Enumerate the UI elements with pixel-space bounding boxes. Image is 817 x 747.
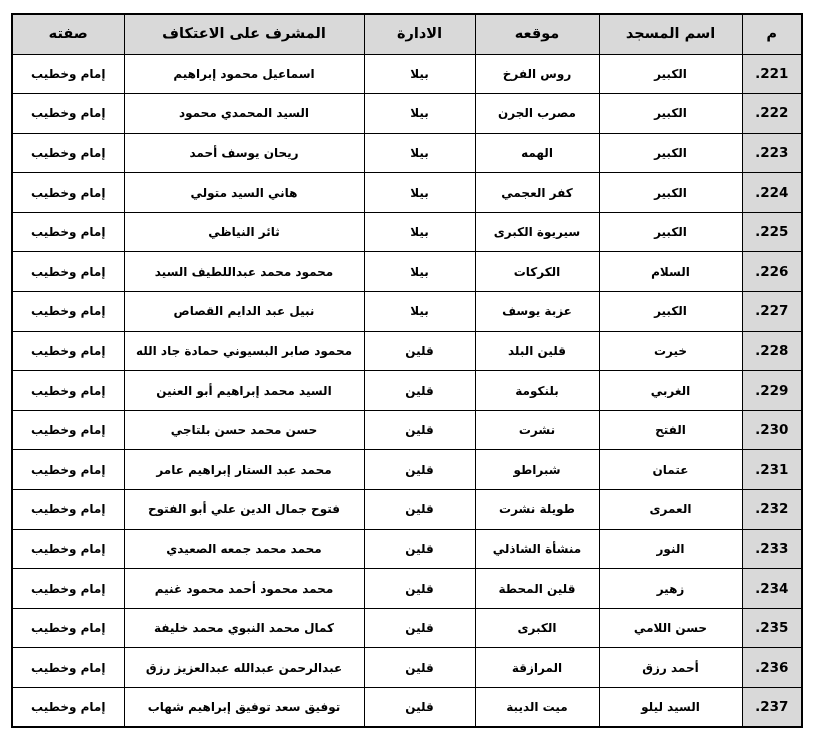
- row-number-cell: 225.: [742, 212, 802, 252]
- administration-cell: قلين: [364, 608, 475, 648]
- administration-cell: بيلا: [364, 94, 475, 134]
- supervisor-cell: فتوح جمال الدين علي أبو الفتوح: [124, 490, 364, 530]
- mosque-name-cell: أحمد رزق: [599, 648, 742, 688]
- header-title: صفته: [12, 14, 124, 54]
- administration-cell: قلين: [364, 410, 475, 450]
- location-cell: المرازقة: [475, 648, 599, 688]
- location-cell: طويلة نشرت: [475, 490, 599, 530]
- mosque-name-cell: حسن اللامي: [599, 608, 742, 648]
- supervisor-cell: محمد محمود أحمد محمود غنيم: [124, 569, 364, 609]
- mosque-name-cell: الكبير: [599, 94, 742, 134]
- table-row: 226. السلام الكركات بيلا محمود محمد عبدا…: [12, 252, 802, 292]
- mosque-name-cell: الكبير: [599, 173, 742, 213]
- supervisor-cell: السيد المحمدي محمود: [124, 94, 364, 134]
- administration-cell: بيلا: [364, 54, 475, 94]
- mosque-supervisors-table: م اسم المسجد موقعه الادارة المشرف على ال…: [11, 13, 803, 728]
- mosque-name-cell: الكبير: [599, 54, 742, 94]
- mosque-name-cell: السيد ليلو: [599, 688, 742, 728]
- location-cell: بلنكومة: [475, 371, 599, 411]
- row-number-cell: 236.: [742, 648, 802, 688]
- administration-cell: بيلا: [364, 212, 475, 252]
- mosque-name-cell: خيرت: [599, 331, 742, 371]
- mosque-name-cell: السلام: [599, 252, 742, 292]
- table-row: 237. السيد ليلو ميت الديبة قلين توفيق سع…: [12, 688, 802, 728]
- location-cell: منشأة الشاذلي: [475, 529, 599, 569]
- location-cell: سيريوة الكبرى: [475, 212, 599, 252]
- supervisor-cell: هاني السيد متولي: [124, 173, 364, 213]
- table-row: 234. زهير قلين المحطة قلين محمد محمود أح…: [12, 569, 802, 609]
- mosque-name-cell: العمرى: [599, 490, 742, 530]
- table-row: 223. الكبير الهمه بيلا ريحان يوسف أحمد إ…: [12, 133, 802, 173]
- header-itikaf-supervisor: المشرف على الاعتكاف: [124, 14, 364, 54]
- row-number-cell: 221.: [742, 54, 802, 94]
- table-row: 225. الكبير سيريوة الكبرى بيلا ثائر الني…: [12, 212, 802, 252]
- supervisor-cell: عبدالرحمن عبدالله عبدالعزيز رزق: [124, 648, 364, 688]
- title-cell: إمام وخطيب: [12, 490, 124, 530]
- supervisor-cell: توفيق سعد توفيق إبراهيم شهاب: [124, 688, 364, 728]
- header-mosque-name: اسم المسجد: [599, 14, 742, 54]
- supervisor-cell: ريحان يوسف أحمد: [124, 133, 364, 173]
- supervisor-cell: محمود صابر البسيوني حمادة جاد الله: [124, 331, 364, 371]
- title-cell: إمام وخطيب: [12, 371, 124, 411]
- row-number-cell: 234.: [742, 569, 802, 609]
- mosque-name-cell: الغربي: [599, 371, 742, 411]
- title-cell: إمام وخطيب: [12, 608, 124, 648]
- administration-cell: قلين: [364, 331, 475, 371]
- supervisor-cell: حسن محمد حسن بلتاجي: [124, 410, 364, 450]
- administration-cell: بيلا: [364, 292, 475, 332]
- title-cell: إمام وخطيب: [12, 54, 124, 94]
- table-row: 230. الفتح نشرت قلين حسن محمد حسن بلتاجي…: [12, 410, 802, 450]
- location-cell: روس الفرخ: [475, 54, 599, 94]
- row-number-cell: 232.: [742, 490, 802, 530]
- row-number-cell: 224.: [742, 173, 802, 213]
- supervisor-cell: اسماعيل محمود إبراهيم: [124, 54, 364, 94]
- location-cell: كفر العجمي: [475, 173, 599, 213]
- header-number: م: [742, 14, 802, 54]
- table-row: 232. العمرى طويلة نشرت قلين فتوح جمال ال…: [12, 490, 802, 530]
- table-row: 231. عتمان شبراطو قلين محمد عبد الستار إ…: [12, 450, 802, 490]
- location-cell: مصرب الجرن: [475, 94, 599, 134]
- supervisor-cell: محمد عبد الستار إبراهيم عامر: [124, 450, 364, 490]
- table-header-row: م اسم المسجد موقعه الادارة المشرف على ال…: [12, 14, 802, 54]
- mosque-name-cell: الكبير: [599, 292, 742, 332]
- header-administration: الادارة: [364, 14, 475, 54]
- title-cell: إمام وخطيب: [12, 331, 124, 371]
- row-number-cell: 226.: [742, 252, 802, 292]
- title-cell: إمام وخطيب: [12, 292, 124, 332]
- header-location: موقعه: [475, 14, 599, 54]
- title-cell: إمام وخطيب: [12, 212, 124, 252]
- title-cell: إمام وخطيب: [12, 648, 124, 688]
- row-number-cell: 237.: [742, 688, 802, 728]
- title-cell: إمام وخطيب: [12, 529, 124, 569]
- location-cell: الكبرى: [475, 608, 599, 648]
- administration-cell: بيلا: [364, 173, 475, 213]
- row-number-cell: 229.: [742, 371, 802, 411]
- location-cell: قلين المحطة: [475, 569, 599, 609]
- title-cell: إمام وخطيب: [12, 450, 124, 490]
- row-number-cell: 228.: [742, 331, 802, 371]
- title-cell: إمام وخطيب: [12, 569, 124, 609]
- mosque-name-cell: النور: [599, 529, 742, 569]
- table-row: 228. خيرت قلين البلد قلين محمود صابر الب…: [12, 331, 802, 371]
- table-row: 221. الكبير روس الفرخ بيلا اسماعيل محمود…: [12, 54, 802, 94]
- supervisor-cell: ثائر النياظي: [124, 212, 364, 252]
- table-row: 227. الكبير عزبة يوسف بيلا نبيل عبد الدا…: [12, 292, 802, 332]
- table-row: 229. الغربي بلنكومة قلين السيد محمد إبرا…: [12, 371, 802, 411]
- location-cell: عزبة يوسف: [475, 292, 599, 332]
- row-number-cell: 223.: [742, 133, 802, 173]
- administration-cell: بيلا: [364, 133, 475, 173]
- administration-cell: قلين: [364, 648, 475, 688]
- row-number-cell: 235.: [742, 608, 802, 648]
- mosque-name-cell: الكبير: [599, 133, 742, 173]
- row-number-cell: 227.: [742, 292, 802, 332]
- administration-cell: قلين: [364, 371, 475, 411]
- title-cell: إمام وخطيب: [12, 688, 124, 728]
- administration-cell: قلين: [364, 490, 475, 530]
- supervisor-cell: محمد محمد جمعه الصعيدي: [124, 529, 364, 569]
- administration-cell: قلين: [364, 688, 475, 728]
- supervisor-cell: محمود محمد عبداللطيف السيد: [124, 252, 364, 292]
- administration-cell: قلين: [364, 569, 475, 609]
- table-body: 221. الكبير روس الفرخ بيلا اسماعيل محمود…: [12, 54, 802, 727]
- location-cell: ميت الديبة: [475, 688, 599, 728]
- mosque-name-cell: عتمان: [599, 450, 742, 490]
- location-cell: شبراطو: [475, 450, 599, 490]
- title-cell: إمام وخطيب: [12, 173, 124, 213]
- supervisor-cell: السيد محمد إبراهيم أبو العنين: [124, 371, 364, 411]
- mosque-name-cell: زهير: [599, 569, 742, 609]
- supervisor-cell: نبيل عبد الدايم القصاص: [124, 292, 364, 332]
- table-row: 235. حسن اللامي الكبرى قلين كمال محمد ال…: [12, 608, 802, 648]
- administration-cell: بيلا: [364, 252, 475, 292]
- title-cell: إمام وخطيب: [12, 410, 124, 450]
- row-number-cell: 230.: [742, 410, 802, 450]
- row-number-cell: 231.: [742, 450, 802, 490]
- administration-cell: قلين: [364, 450, 475, 490]
- title-cell: إمام وخطيب: [12, 133, 124, 173]
- title-cell: إمام وخطيب: [12, 94, 124, 134]
- location-cell: قلين البلد: [475, 331, 599, 371]
- table-row: 224. الكبير كفر العجمي بيلا هاني السيد م…: [12, 173, 802, 213]
- administration-cell: قلين: [364, 529, 475, 569]
- supervisor-cell: كمال محمد النبوي محمد خليفة: [124, 608, 364, 648]
- location-cell: الكركات: [475, 252, 599, 292]
- mosque-name-cell: الفتح: [599, 410, 742, 450]
- title-cell: إمام وخطيب: [12, 252, 124, 292]
- mosque-name-cell: الكبير: [599, 212, 742, 252]
- table-row: 222. الكبير مصرب الجرن بيلا السيد المحمد…: [12, 94, 802, 134]
- row-number-cell: 233.: [742, 529, 802, 569]
- location-cell: الهمه: [475, 133, 599, 173]
- document-page: م اسم المسجد موقعه الادارة المشرف على ال…: [0, 0, 817, 747]
- table-row: 236. أحمد رزق المرازقة قلين عبدالرحمن عب…: [12, 648, 802, 688]
- table-row: 233. النور منشأة الشاذلي قلين محمد محمد …: [12, 529, 802, 569]
- location-cell: نشرت: [475, 410, 599, 450]
- row-number-cell: 222.: [742, 94, 802, 134]
